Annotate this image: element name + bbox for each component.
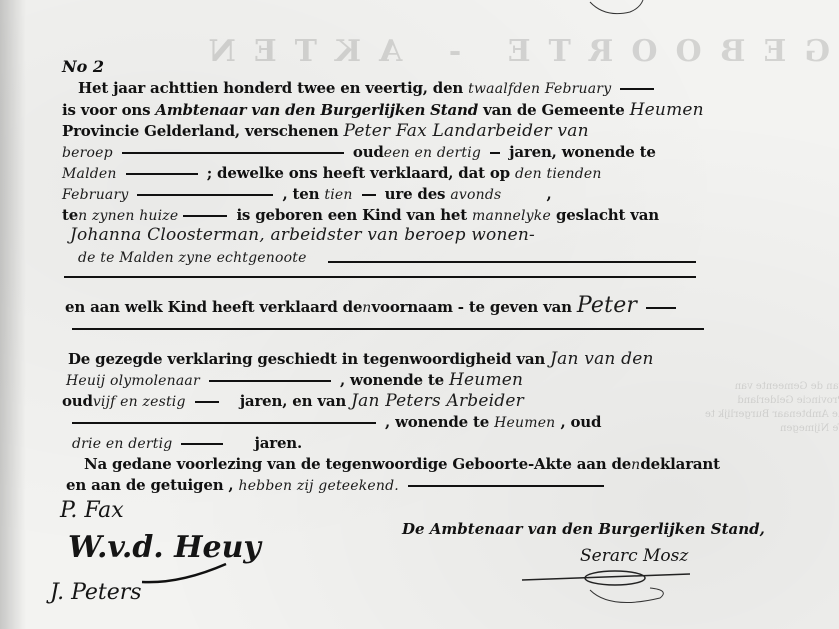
text-line-1: Het jaar achttien honderd twee en veerti… — [78, 79, 658, 98]
handwritten-child-name: Peter — [577, 293, 637, 318]
text-line-13: oudvijf en zestig jaren, en van Jan Pete… — [62, 392, 524, 411]
act-number: No 2 — [62, 57, 104, 76]
scan-edge-shadow — [0, 0, 26, 629]
text-line-6: February , ten tien ure des avonds , — [62, 185, 551, 204]
fill-rule — [362, 194, 376, 196]
text-line-7: ten zynen huize is geboren een Kind van … — [62, 206, 659, 225]
signature-flourish — [140, 560, 230, 590]
fill-rule — [183, 215, 227, 217]
fill-rule — [72, 422, 376, 424]
handwritten-date: twaalfden February — [468, 81, 611, 97]
text-line-12: Heuij olymolenaar , wonende te Heumen — [66, 371, 523, 390]
fill-rule — [126, 173, 198, 175]
handwritten-witness2: Jan Peters Arbeider — [351, 391, 524, 411]
section-rule — [72, 328, 704, 330]
handwritten-residence: Malden — [62, 166, 117, 182]
text-line-5: Malden ; dewelke ons heeft verklaard, da… — [62, 164, 602, 183]
fill-rule — [137, 194, 273, 196]
handwritten-sex: mannelyke — [472, 208, 551, 224]
handwritten-signed-note: hebben zij geteekend. — [238, 478, 398, 494]
ink-flourish-top — [585, 0, 645, 20]
text-line-8: Johanna Cloosterman, arbeidster van bero… — [70, 226, 535, 244]
text-line-14: , wonende te Heumen , oud — [62, 413, 601, 432]
official-label: De Ambtenaar van den Burgerlijken Stand, — [402, 520, 765, 538]
handwritten-mother: Johanna Cloosterman, arbeidster van bero… — [70, 225, 535, 245]
fill-rule — [181, 443, 223, 445]
handwritten-witness2-age: drie en dertig — [72, 436, 172, 452]
signature-official: Serarc Mosz — [580, 546, 688, 566]
fill-rule — [408, 485, 604, 487]
text-line-9: de te Malden zyne echtgenoote — [78, 248, 307, 267]
fill-rule — [490, 152, 500, 154]
signature-declarant: P. Fax — [60, 498, 124, 523]
text-line-16: Na gedane voorlezing van de tegenwoordig… — [84, 455, 720, 474]
fill-rule — [620, 88, 654, 90]
fill-rule — [646, 307, 676, 309]
bleed-through-side-text: van de Gemeente van Provincie Gelderland… — [705, 380, 839, 436]
handwritten-age: een en dertig — [384, 145, 481, 161]
fill-rule — [195, 401, 219, 403]
signature-witness2: J. Peters — [50, 580, 142, 605]
text-line-11: De gezegde verklaring geschiedt in tegen… — [68, 350, 654, 368]
text-line-15: drie en dertig jaren. — [72, 434, 302, 453]
handwritten-declarant-name: Peter Fax Landarbeider van — [344, 121, 589, 141]
text-line-3: Provincie Gelderland, verschenen Peter F… — [62, 122, 589, 140]
official-signature-flourish — [520, 570, 700, 620]
handwritten-witness1-age: vijf en zestig — [93, 394, 186, 410]
text-line-2: is voor ons Ambtenaar van den Burgerlijk… — [62, 101, 704, 119]
text-line-4: beroep oudeen en dertig jaren, wonende t… — [62, 143, 656, 162]
section-rule — [64, 276, 696, 278]
handwritten-municipality: Heumen — [630, 100, 704, 120]
fill-rule — [328, 261, 696, 263]
document-page: GEBOORTE - AKTEN van de Gemeente van Pro… — [0, 0, 839, 629]
fill-rule — [122, 152, 344, 154]
text-line-17: en aan de getuigen , hebben zij geteeken… — [66, 476, 608, 495]
fill-rule — [209, 380, 331, 382]
bleed-through-title: GEBOORTE - AKTEN — [190, 34, 830, 69]
handwritten-witness1: Jan van den — [550, 349, 654, 369]
text-line-10: en aan welk Kind heeft verklaard denvoor… — [65, 297, 680, 317]
